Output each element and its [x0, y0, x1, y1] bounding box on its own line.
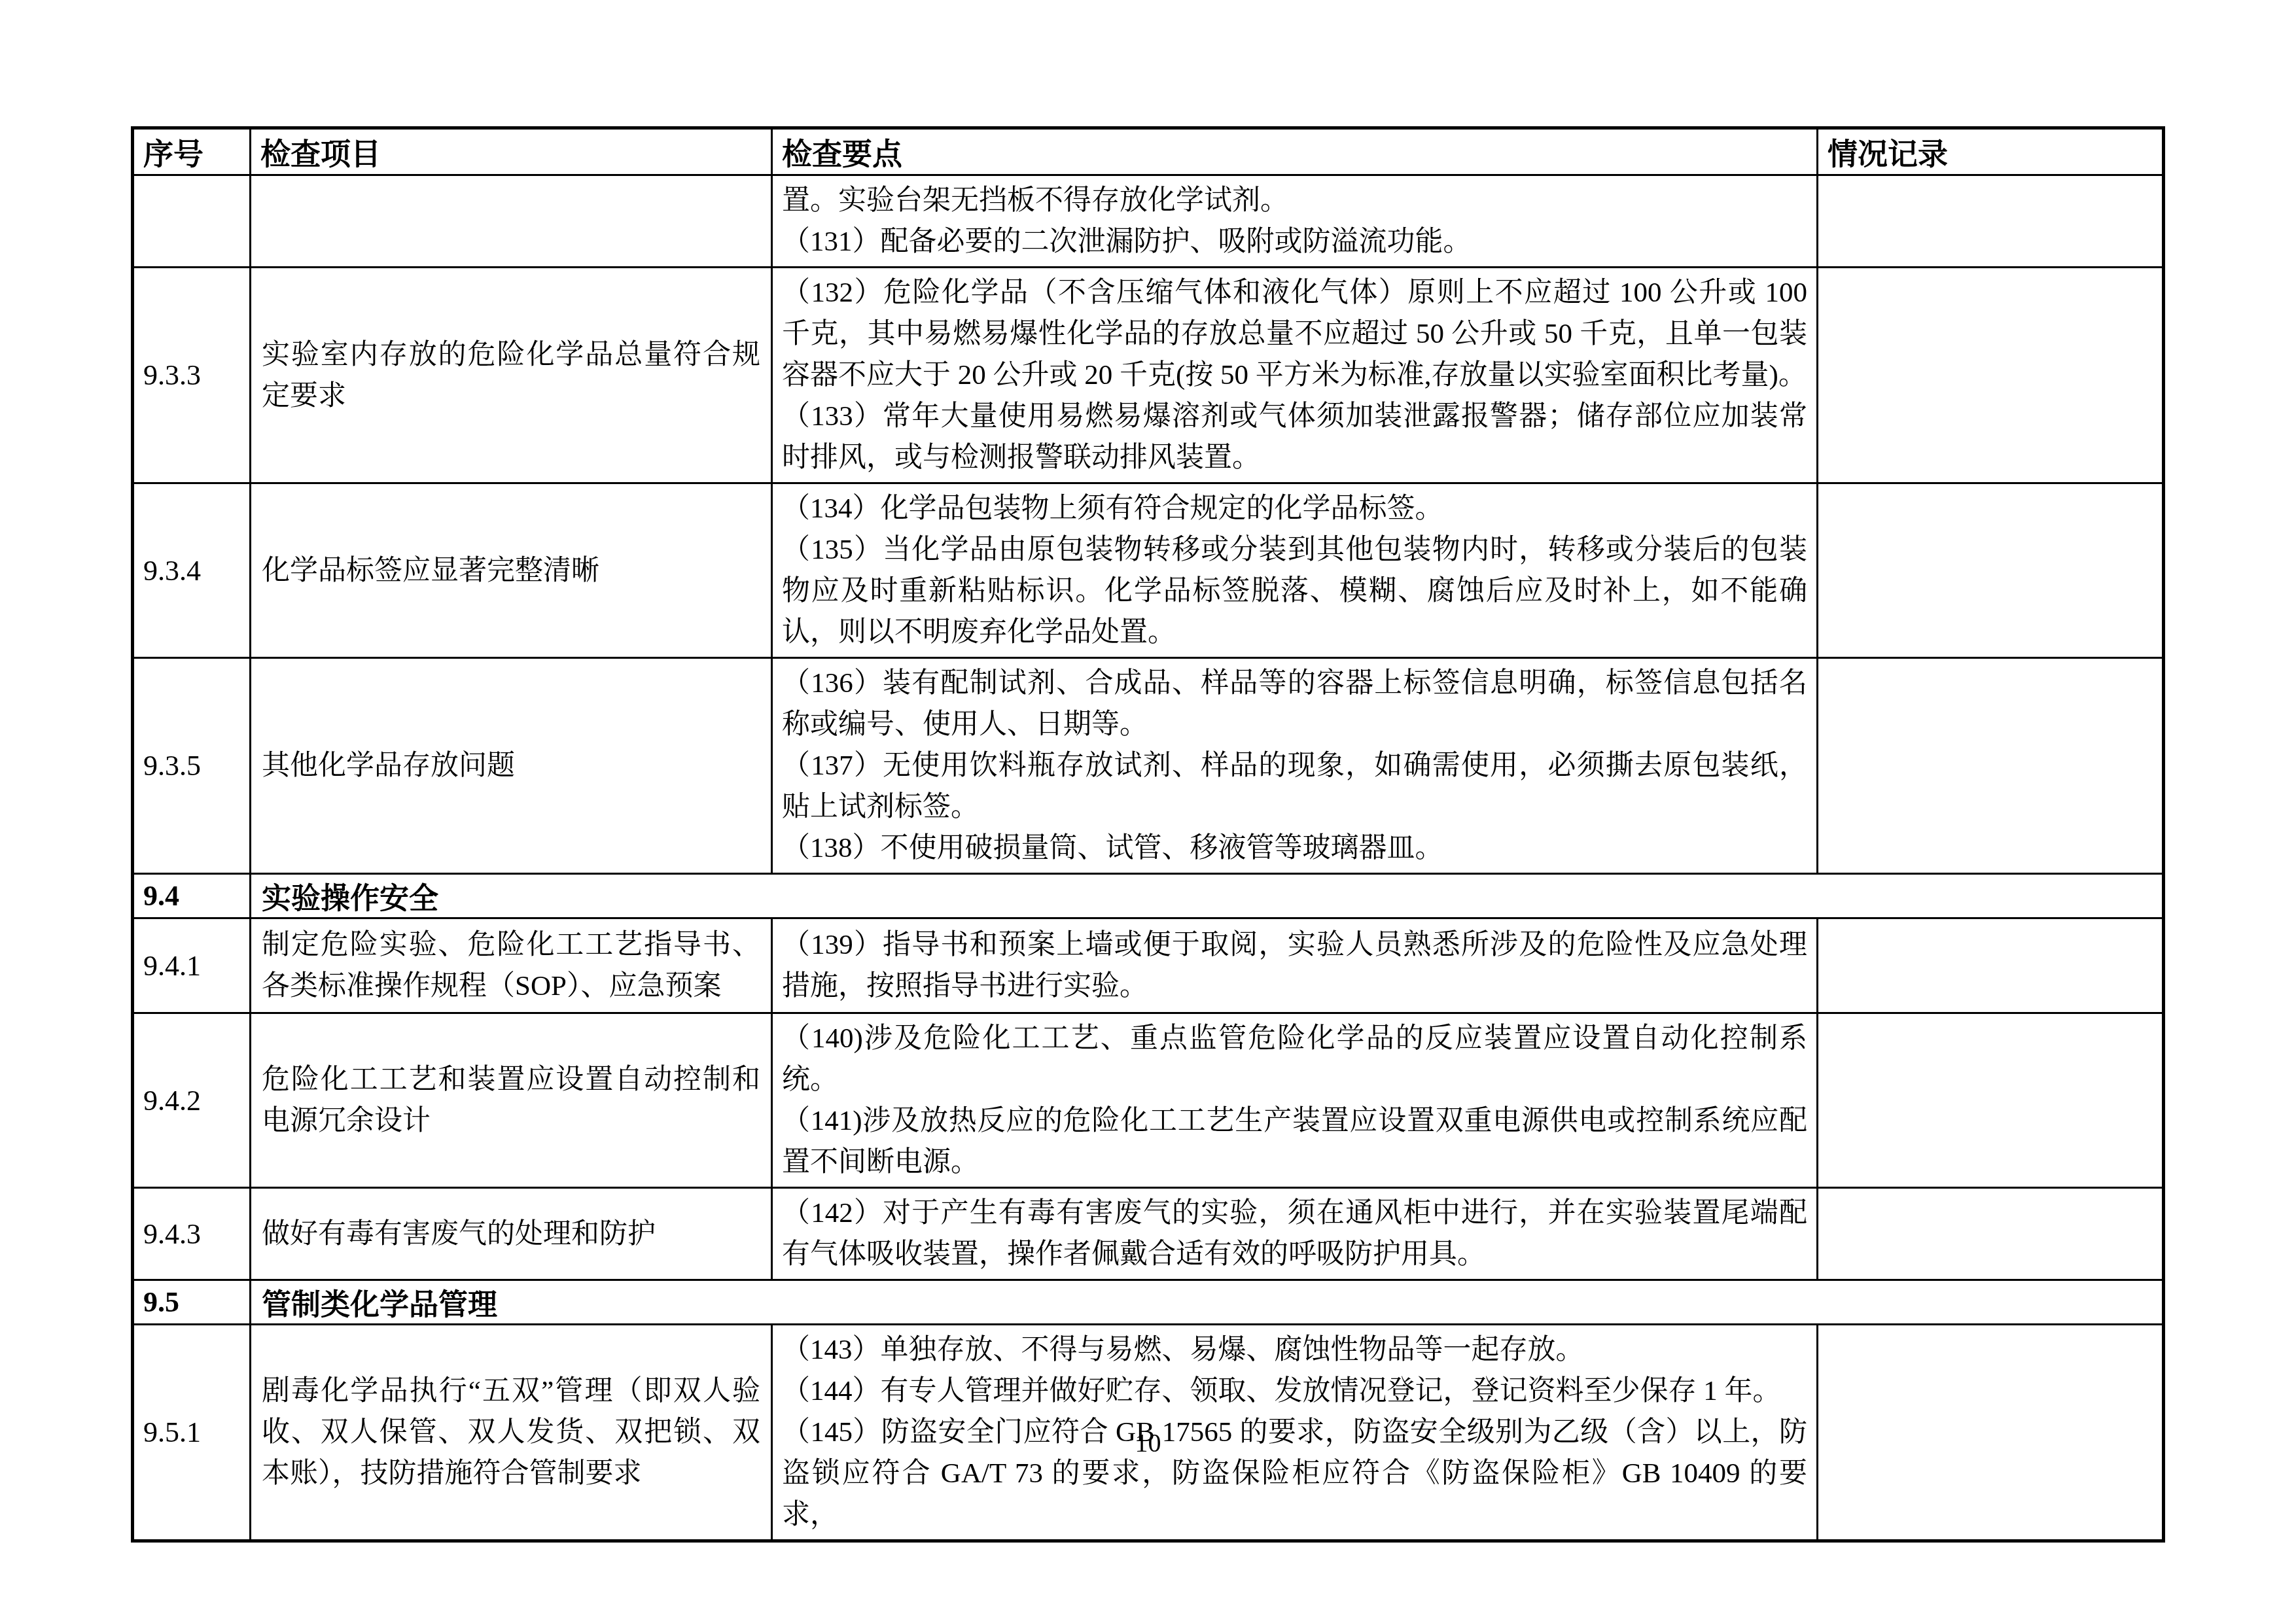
item-cell: 制定危险实验、危险化工工艺指导书、各类标准操作规程（SOP）、应急预案: [251, 918, 772, 1013]
document-page: 序号 检查项目 检查要点 情况记录 置。实验台架无挡板不得存放化学试剂。 （13…: [0, 0, 2296, 1623]
table-row: 9.4.2 危险化工工艺和装置应设置自动控制和电源冗余设计 （140)涉及危险化…: [133, 1013, 2164, 1188]
item-cell: [251, 175, 772, 268]
seq-cell: 9.4.2: [133, 1013, 251, 1188]
record-cell: [1818, 483, 2164, 658]
seq-cell: [133, 175, 251, 268]
section-title: 实验操作安全: [251, 874, 2164, 918]
section-title: 管制类化学品管理: [251, 1280, 2164, 1325]
page-number: 10: [0, 1427, 2296, 1458]
table-row: 9.4.3 做好有毒有害废气的处理和防护 （142）对于产生有毒有害废气的实验，…: [133, 1188, 2164, 1280]
points-cell: 置。实验台架无挡板不得存放化学试剂。 （131）配备必要的二次泄漏防护、吸附或防…: [772, 175, 1818, 268]
point-text: （132）危险化学品（不含压缩气体和液化气体）原则上不应超过 100 公升或 1…: [782, 272, 1807, 396]
record-cell: [1818, 658, 2164, 874]
record-cell: [1818, 175, 2164, 268]
seq-cell: 9.4.1: [133, 918, 251, 1013]
item-cell: 化学品标签应显著完整清晰: [251, 483, 772, 658]
item-cell: 做好有毒有害废气的处理和防护: [251, 1188, 772, 1280]
points-cell: （140)涉及危险化工工艺、重点监管危险化学品的反应装置应设置自动化控制系统。 …: [772, 1013, 1818, 1188]
point-text: （136）装有配制试剂、合成品、样品等的容器上标签信息明确，标签信息包括名称或编…: [782, 663, 1807, 745]
point-text: （144）有专人管理并做好贮存、领取、发放情况登记，登记资料至少保存 1 年。: [782, 1370, 1807, 1412]
item-cell: 其他化学品存放问题: [251, 658, 772, 874]
point-text: （142）对于产生有毒有害废气的实验，须在通风柜中进行，并在实验装置尾端配有气体…: [782, 1193, 1807, 1275]
point-text: （133）常年大量使用易燃易爆溶剂或气体须加装泄露报警器；储存部位应加装常时排风…: [782, 396, 1807, 478]
points-cell: （142）对于产生有毒有害废气的实验，须在通风柜中进行，并在实验装置尾端配有气体…: [772, 1188, 1818, 1280]
points-cell: （136）装有配制试剂、合成品、样品等的容器上标签信息明确，标签信息包括名称或编…: [772, 658, 1818, 874]
point-text: （139）指导书和预案上墙或便于取阅，实验人员熟悉所涉及的危险性及应急处理措施，…: [782, 924, 1807, 1007]
point-text: （141)涉及放热反应的危险化工工艺生产装置应设置双重电源供电或控制系统应配置不…: [782, 1100, 1807, 1183]
table-row: 9.3.4 化学品标签应显著完整清晰 （134）化学品包装物上须有符合规定的化学…: [133, 483, 2164, 658]
table-header-row: 序号 检查项目 检查要点 情况记录: [133, 128, 2164, 175]
points-cell: （134）化学品包装物上须有符合规定的化学品标签。 （135）当化学品由原包装物…: [772, 483, 1818, 658]
table-row: 置。实验台架无挡板不得存放化学试剂。 （131）配备必要的二次泄漏防护、吸附或防…: [133, 175, 2164, 268]
point-text: （143）单独存放、不得与易燃、易爆、腐蚀性物品等一起存放。: [782, 1329, 1807, 1370]
inspection-table: 序号 检查项目 检查要点 情况记录 置。实验台架无挡板不得存放化学试剂。 （13…: [131, 126, 2165, 1543]
point-text: （140)涉及危险化工工艺、重点监管危险化学品的反应装置应设置自动化控制系统。: [782, 1018, 1807, 1100]
record-cell: [1818, 268, 2164, 483]
point-text: （131）配备必要的二次泄漏防护、吸附或防溢流功能。: [782, 221, 1807, 262]
section-row: 9.4 实验操作安全: [133, 874, 2164, 918]
table-row: 9.3.3 实验室内存放的危险化学品总量符合规定要求 （132）危险化学品（不含…: [133, 268, 2164, 483]
table-row: 9.4.1 制定危险实验、危险化工工艺指导书、各类标准操作规程（SOP）、应急预…: [133, 918, 2164, 1013]
points-cell: （139）指导书和预案上墙或便于取阅，实验人员熟悉所涉及的危险性及应急处理措施，…: [772, 918, 1818, 1013]
point-text: （134）化学品包装物上须有符合规定的化学品标签。: [782, 488, 1807, 529]
seq-cell: 9.3.4: [133, 483, 251, 658]
seq-cell: 9.3.5: [133, 658, 251, 874]
table-row: 9.3.5 其他化学品存放问题 （136）装有配制试剂、合成品、样品等的容器上标…: [133, 658, 2164, 874]
item-cell: 实验室内存放的危险化学品总量符合规定要求: [251, 268, 772, 483]
point-text: （135）当化学品由原包装物转移或分装到其他包装物内时，转移或分装后的包装物应及…: [782, 529, 1807, 653]
header-points: 检查要点: [772, 128, 1818, 175]
point-text: （137）无使用饮料瓶存放试剂、样品的现象，如确需使用，必须撕去原包装纸，贴上试…: [782, 745, 1807, 828]
section-row: 9.5 管制类化学品管理: [133, 1280, 2164, 1325]
seq-cell: 9.5: [133, 1280, 251, 1325]
record-cell: [1818, 1013, 2164, 1188]
seq-cell: 9.4.3: [133, 1188, 251, 1280]
header-seq: 序号: [133, 128, 251, 175]
record-cell: [1818, 1188, 2164, 1280]
point-text: 置。实验台架无挡板不得存放化学试剂。: [782, 180, 1807, 221]
seq-cell: 9.4: [133, 874, 251, 918]
seq-cell: 9.3.3: [133, 268, 251, 483]
record-cell: [1818, 918, 2164, 1013]
item-cell: 危险化工工艺和装置应设置自动控制和电源冗余设计: [251, 1013, 772, 1188]
point-text: （138）不使用破损量筒、试管、移液管等玻璃器皿。: [782, 828, 1807, 869]
points-cell: （132）危险化学品（不含压缩气体和液化气体）原则上不应超过 100 公升或 1…: [772, 268, 1818, 483]
header-item: 检查项目: [251, 128, 772, 175]
header-record: 情况记录: [1818, 128, 2164, 175]
